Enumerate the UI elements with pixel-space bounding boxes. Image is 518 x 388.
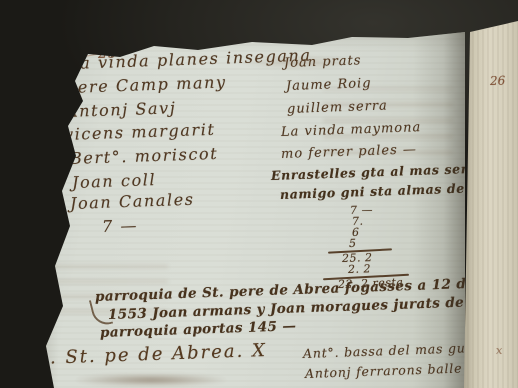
name-entry: Joan prats xyxy=(284,53,362,71)
name-entry: pere Camp many xyxy=(66,72,227,97)
name-entry: La vinda maymona xyxy=(281,120,422,140)
left-column-total: 7 — xyxy=(102,216,139,236)
name-entry: Antonj Savj xyxy=(66,98,177,121)
tally-subtrahend: 2. 2 xyxy=(348,262,371,276)
name-entry: Joan Canales xyxy=(70,190,195,213)
next-page-edge: 26 x xyxy=(462,0,518,388)
name-entry: Bert°. moriscot xyxy=(70,144,219,168)
name-entry: Jaume Roig xyxy=(286,76,372,94)
margin-mark: x xyxy=(45,308,52,321)
manuscript-page: 25 La vinda planes insegana pere Camp ma… xyxy=(28,30,465,388)
manuscript-photo: 25 La vinda planes insegana pere Camp ma… xyxy=(0,0,518,388)
official-entry: Antonj ferrarons balle — xyxy=(305,360,481,381)
name-entry: mo ferrer pales — xyxy=(281,142,417,162)
name-entry: guillem serra xyxy=(287,98,388,117)
caption-line: L. St. pe de Abrea. X xyxy=(36,340,268,369)
tally-addend: 5 xyxy=(349,237,357,250)
name-entry: La vinda planes insegana xyxy=(68,46,312,73)
next-margin-mark: x xyxy=(496,344,503,357)
name-entry: Joan coll xyxy=(72,170,157,192)
name-entry: vicens margarit xyxy=(64,120,216,144)
next-folio-mark: 26 xyxy=(490,73,506,88)
cutoff-text-smudge xyxy=(76,374,226,386)
